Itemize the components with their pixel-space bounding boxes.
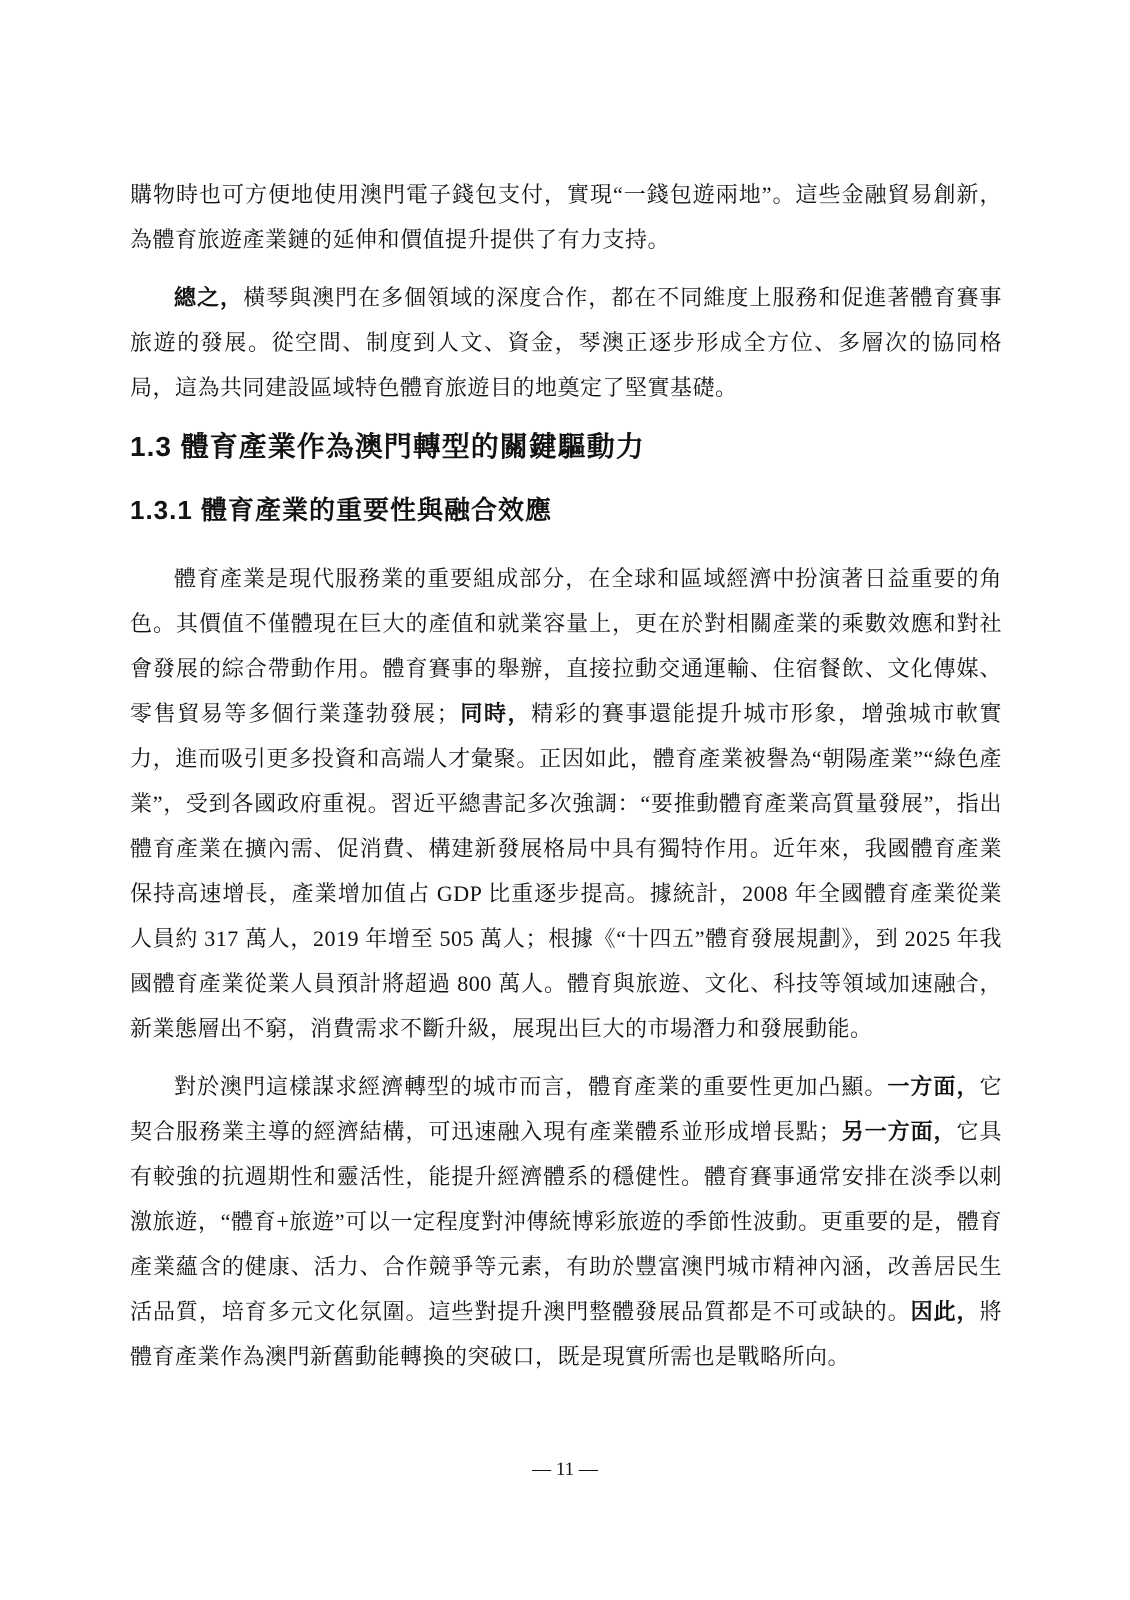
section-heading-1-3: 1.3 體育產業作為澳門轉型的關鍵驅動力 bbox=[130, 428, 1002, 466]
document-body: 購物時也可方便地使用澳門電子錢包支付，實現“一錢包遊兩地”。這些金融貿易創新，為… bbox=[130, 172, 1002, 1392]
paragraph-industry-importance: 體育產業是現代服務業的重要組成部分，在全球和區域經濟中扮演著日益重要的角色。其價… bbox=[130, 556, 1002, 1051]
paragraph-summary: 總之，橫琴與澳門在多個領域的深度合作，都在不同維度上服務和促進著體育賽事旅遊的發… bbox=[130, 275, 1002, 410]
paragraph-continuation: 購物時也可方便地使用澳門電子錢包支付，實現“一錢包遊兩地”。這些金融貿易創新，為… bbox=[130, 172, 1002, 262]
text-run: 購物時也可方便地使用澳門電子錢包支付，實現“一錢包遊兩地”。這些金融貿易創新，為… bbox=[130, 182, 1002, 252]
section-heading-1-3-1: 1.3.1 體育產業的重要性與融合效應 bbox=[130, 492, 1002, 528]
text-run: 精彩的賽事還能提升城市形象，增強城市軟實力，進而吸引更多投資和高端人才彙聚。正因… bbox=[130, 701, 1002, 1041]
bold-text-run: 因此， bbox=[911, 1299, 980, 1324]
page-number: — 11 — bbox=[0, 1458, 1130, 1482]
text-run: 對於澳門這樣謀求經濟轉型的城市而言，體育產業的重要性更加凸顯。 bbox=[174, 1074, 887, 1099]
text-run: 它具有較強的抗週期性和靈活性，能提升經濟體系的穩健性。體育賽事通常安排在淡季以刺… bbox=[130, 1119, 1002, 1324]
document-page: 購物時也可方便地使用澳門電子錢包支付，實現“一錢包遊兩地”。這些金融貿易創新，為… bbox=[0, 0, 1130, 1600]
bold-text-run: 一方面， bbox=[887, 1074, 979, 1099]
bold-text-run: 另一方面， bbox=[841, 1119, 956, 1144]
bold-text-run: 總之， bbox=[174, 285, 243, 310]
text-run: 橫琴與澳門在多個領域的深度合作，都在不同維度上服務和促進著體育賽事旅遊的發展。從… bbox=[130, 285, 1002, 400]
bold-text-run: 同時， bbox=[459, 701, 531, 726]
paragraph-macau-transformation: 對於澳門這樣謀求經濟轉型的城市而言，體育產業的重要性更加凸顯。一方面，它契合服務… bbox=[130, 1064, 1002, 1379]
